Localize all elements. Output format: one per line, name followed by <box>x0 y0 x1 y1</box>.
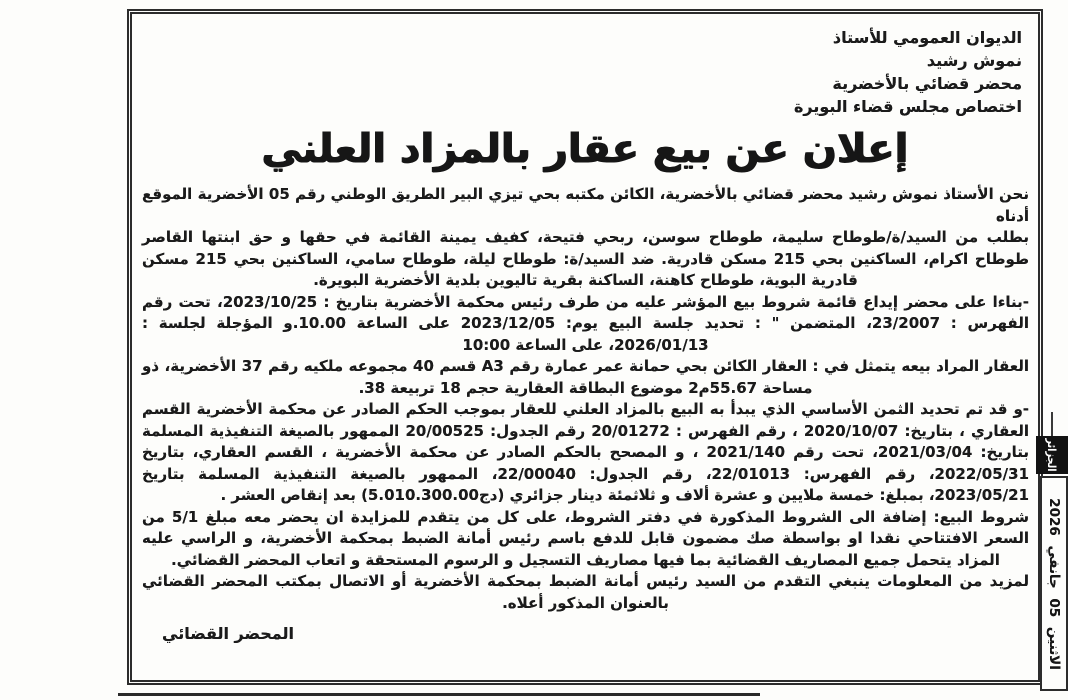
column-rule <box>1051 412 1053 437</box>
notice-paragraph-base-price: -و قد تم تحديد الثمن الأساسي الذي يبدأ ب… <box>142 399 1029 507</box>
office-header-line-bailiff-name: نموش رشيد <box>132 49 1022 72</box>
notice-paragraph-bailiff-intro: نحن الأستاذ نموش رشيد محضر قضائي بالأخضر… <box>142 184 1029 227</box>
notice-body: نحن الأستاذ نموش رشيد محضر قضائي بالأخضر… <box>132 184 1038 614</box>
bailiff-signature: المحضر القضائي <box>132 624 1038 643</box>
notice-paragraph-sale-conditions: شروط البيع: إضافة الى الشروط المذكورة في… <box>142 507 1029 572</box>
newspaper-name-box: الجزائر <box>1036 436 1068 474</box>
notice-title: إعلان عن بيع عقار بالمزاد العلني <box>132 122 1038 176</box>
newspaper-date-box: الاثنين 05 جانفي 2026 <box>1040 476 1068 691</box>
office-header-line-jurisdiction: اختصاص مجلس قضاء البويرة <box>132 95 1022 118</box>
office-header-line-bailiff-role: محضر قضائي بالأخضرية <box>132 72 1022 95</box>
office-header-line-office: الديوان العمومي للأستاذ <box>132 26 1022 49</box>
notice-paragraph-parties: بطلب من السيد/ة/طوطاح سليمة، طوطاح سوسن،… <box>142 227 1029 292</box>
auction-notice-frame: الديوان العمومي للأستاذ نموش رشيد محضر ق… <box>127 9 1043 685</box>
next-ad-top-border <box>118 693 760 696</box>
notice-paragraph-deposit-order: -بناءا على محضر إيداع قائمة شروط بيع الم… <box>142 292 1029 357</box>
newspaper-page: الديوان العمومي للأستاذ نموش رشيد محضر ق… <box>0 0 1068 700</box>
newspaper-issue-date: الاثنين 05 جانفي 2026 <box>1046 498 1062 670</box>
notice-paragraph-more-info: لمزيد من المعلومات ينبغي التقدم من السيد… <box>142 571 1029 614</box>
bailiff-office-header: الديوان العمومي للأستاذ نموش رشيد محضر ق… <box>132 14 1038 118</box>
notice-paragraph-property-description: العقار المراد بيعه يتمثل في : العقار الك… <box>142 356 1029 399</box>
newspaper-name: الجزائر <box>1045 438 1059 471</box>
